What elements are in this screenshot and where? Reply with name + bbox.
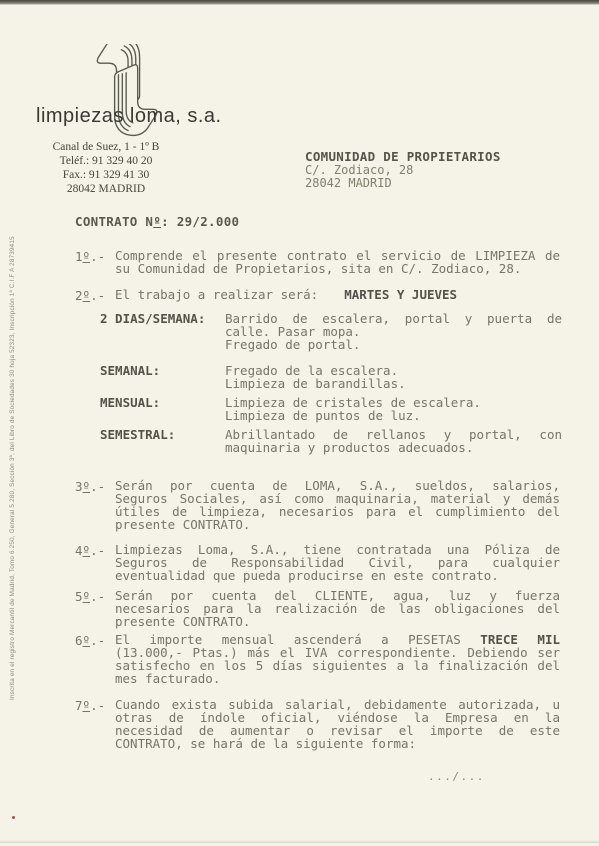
clause-suffix: .- [90, 589, 105, 604]
contract-number-label: CONTRATO N [75, 214, 153, 229]
scan-edge-bottom [0, 840, 599, 843]
clause-7-body: Cuando exista subida salarial, debidamen… [115, 698, 560, 750]
schedule-label: 2 DIAS/SEMANA: [100, 312, 225, 351]
schedule-desc: Barrido de escalera, portal y puerta de … [225, 312, 562, 351]
continuation-mark: .../... [428, 770, 485, 783]
schedule-desc: Limpieza de cristales de escalera. Limpi… [225, 396, 562, 422]
company-phone: Teléf.: 91 329 40 20 [28, 154, 184, 168]
clause-num: 7 [75, 698, 83, 713]
clause-1-body: Comprende el presente contrato el servic… [115, 249, 560, 275]
clause-3-body: Serán por cuenta de LOMA, S.A., sueldos,… [115, 479, 560, 531]
schedule-row-semanal: SEMANAL: Fregado de la escalera. Limpiez… [100, 364, 562, 390]
contract-number-value: : 29/2.000 [161, 214, 239, 229]
company-address-block: Canal de Suez, 1 - 1º B Teléf.: 91 329 4… [28, 140, 184, 196]
recipient-city: 28042 MADRID [305, 177, 501, 191]
clause-7-line: CONTRATO, se hará de la siguiente forma: [115, 737, 560, 750]
schedule-row-semestral: SEMESTRAL: Abrillantado de rellanos y po… [100, 428, 562, 454]
clause-2-number: 2º.- [75, 288, 115, 303]
company-fax: Fax.: 91 329 41 30 [28, 168, 184, 182]
schedule-row-mensual: MENSUAL: Limpieza de cristales de escale… [100, 396, 562, 422]
clause-5-number: 5º.- [75, 589, 115, 628]
clause-ordinal: º [83, 543, 91, 558]
scan-edge-top [0, 0, 599, 5]
registry-note: Inscrita en el registro Mercantil de Mad… [9, 236, 16, 700]
clause-num: 5 [75, 589, 83, 604]
clause-num: 4 [75, 543, 83, 558]
clause-suffix: .- [90, 698, 105, 713]
clause-5: 5º.- Serán por cuenta del CLIENTE, agua,… [75, 589, 560, 628]
clause-3-line: presente CONTRATO. [115, 518, 560, 531]
clause-4-body: Limpiezas Loma, S.A., tiene contratada u… [115, 543, 560, 582]
clause-num: 1 [75, 249, 83, 264]
clause-4: 4º.- Limpiezas Loma, S.A., tiene contrat… [75, 543, 560, 582]
clause-6-line: mes facturado. [115, 672, 560, 685]
company-city: 28042 MADRID [28, 182, 184, 196]
clause-suffix: .- [90, 543, 105, 558]
clause-num: 6 [75, 633, 83, 648]
clause-suffix: .- [90, 479, 105, 494]
schedule-desc-line: Limpieza de puntos de luz. [225, 409, 562, 422]
clause-2-body: El trabajo a realizar será: MARTES Y JUE… [115, 288, 560, 303]
clause-5-body: Serán por cuenta del CLIENTE, agua, luz … [115, 589, 560, 628]
clause-5-line: presente CONTRATO. [115, 615, 560, 628]
clause-3: 3º.- Serán por cuenta de LOMA, S.A., sue… [75, 479, 560, 531]
contract-number-ordinal: º [153, 214, 161, 229]
clause-ordinal: º [83, 698, 91, 713]
recipient-block: COMUNIDAD DE PROPIETARIOS C/. Zodiaco, 2… [305, 150, 501, 191]
schedule-desc-line: maquinaria y productos adecuados. [225, 441, 562, 454]
clause-7-number: 7º.- [75, 698, 115, 750]
company-name: limpiezas loma, s.a. [36, 105, 222, 128]
schedule-label: SEMANAL: [100, 364, 225, 390]
clause-ordinal: º [83, 479, 91, 494]
schedule-row-2dias: 2 DIAS/SEMANA: Barrido de escalera, port… [100, 312, 562, 351]
schedule-desc-line: Limpieza de barandillas. [225, 377, 562, 390]
schedule-desc: Abrillantado de rellanos y portal, con m… [225, 428, 562, 454]
clause-2: 2º.- El trabajo a realizar será: MARTES … [75, 288, 560, 303]
scan-speck [12, 816, 15, 819]
contract-number: CONTRATO Nº: 29/2.000 [75, 214, 239, 229]
clause-6: 6º.- El importe mensual ascenderá a PESE… [75, 633, 560, 685]
clause-2-line-1: El trabajo a realizar será: MARTES Y JUE… [115, 288, 560, 301]
clause-6-body: El importe mensual ascenderá a PESETAS T… [115, 633, 560, 685]
schedule-label: SEMESTRAL: [100, 428, 225, 454]
clause-suffix: .- [90, 633, 105, 648]
recipient-name: COMUNIDAD DE PROPIETARIOS [305, 150, 501, 164]
schedule-desc: Fregado de la escalera. Limpieza de bara… [225, 364, 562, 390]
clause-1: 1º.- Comprende el presente contrato el s… [75, 249, 560, 275]
clause-ordinal: º [83, 633, 91, 648]
clause-num: 3 [75, 479, 83, 494]
schedule-label: MENSUAL: [100, 396, 225, 422]
clause-7: 7º.- Cuando exista subida salarial, debi… [75, 698, 560, 750]
clause-num: 2 [75, 288, 83, 303]
clause-4-line: eventualidad que pueda producirse en est… [115, 569, 560, 582]
clause-2-text: El trabajo a realizar será: [115, 288, 318, 301]
clause-4-number: 4º.- [75, 543, 115, 582]
clause-suffix: .- [90, 288, 105, 303]
company-address-line: Canal de Suez, 1 - 1º B [28, 140, 184, 154]
clause-2-days: MARTES Y JUEVES [344, 288, 457, 301]
scanned-contract-page: limpiezas loma, s.a. Canal de Suez, 1 - … [0, 0, 599, 846]
recipient-street: C/. Zodiaco, 28 [305, 164, 501, 178]
clause-suffix: .- [90, 249, 105, 264]
clause-6-number: 6º.- [75, 633, 115, 685]
clause-1-number: 1º.- [75, 249, 115, 275]
schedule-desc-line: Fregado de portal. [225, 338, 562, 351]
clause-3-number: 3º.- [75, 479, 115, 531]
clause-ordinal: º [83, 249, 91, 264]
clause-ordinal: º [83, 288, 91, 303]
clause-1-line-2: su Comunidad de Propietarios, sita en C/… [115, 262, 560, 275]
clause-ordinal: º [83, 589, 91, 604]
